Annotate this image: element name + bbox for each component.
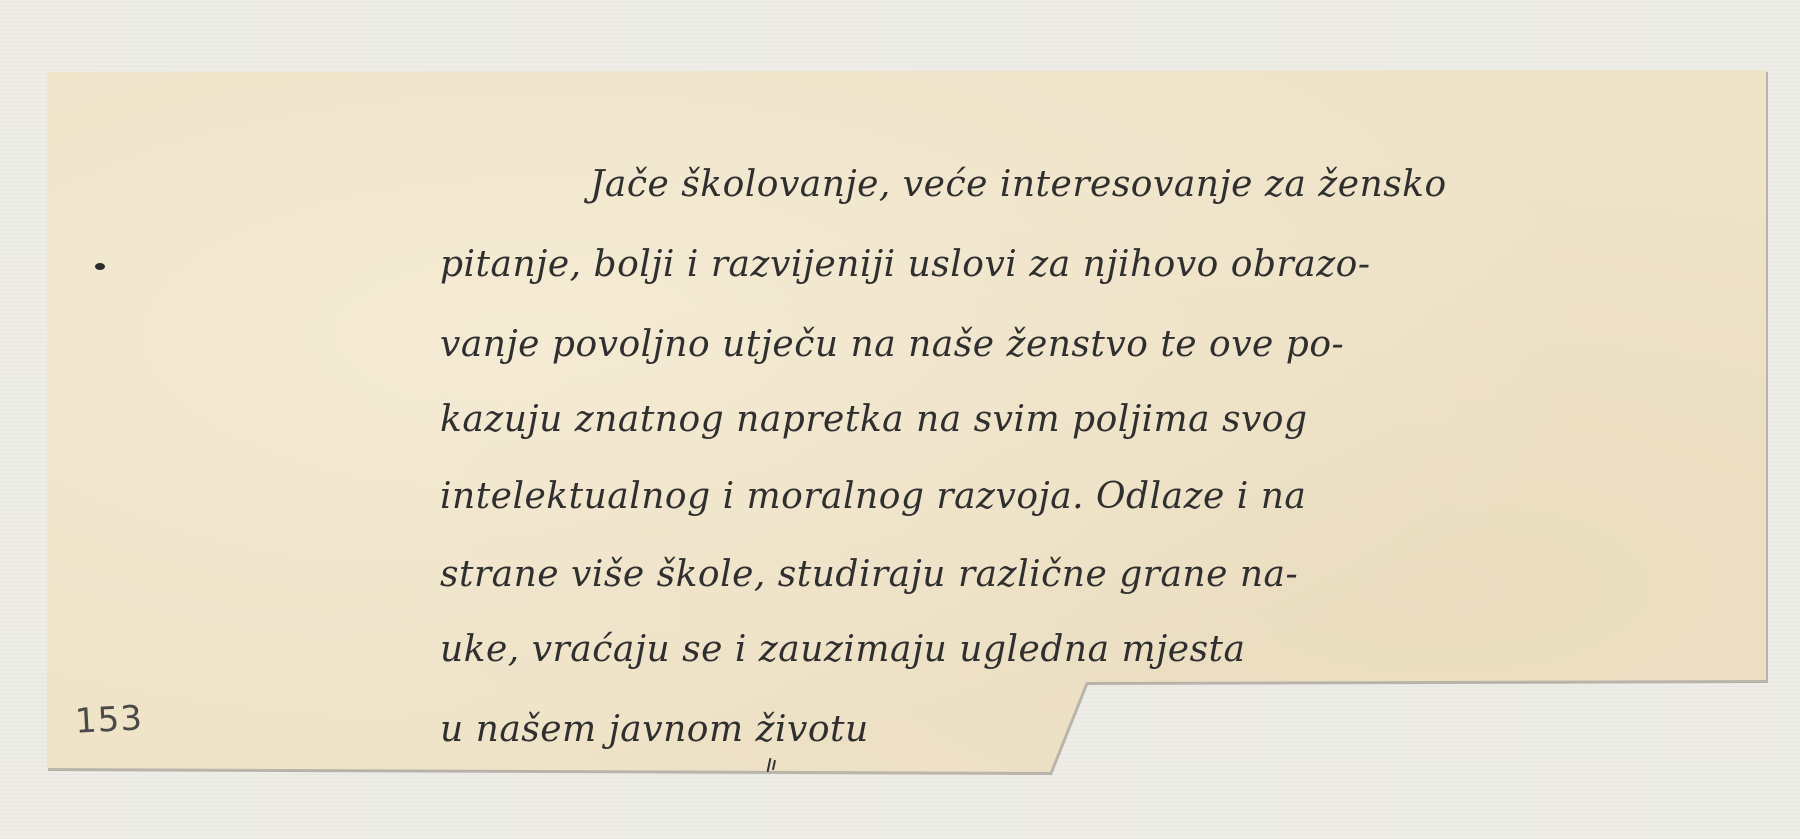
text-line-3: vanje povoljno utječu na naše ženstvo te… (440, 320, 1344, 370)
text-line-2: pitanje, bolji i razvijeniji uslovi za n… (440, 240, 1371, 290)
page-number: 153 (74, 698, 144, 741)
text-line-1: Jače školovanje, veće interesovanje za ž… (590, 160, 1447, 210)
text-line-8: u našem javnom životu (440, 705, 869, 755)
ink-dot-mark (95, 263, 105, 270)
text-line-6: strane više škole, studiraju različne gr… (440, 550, 1298, 600)
text-line-5: intelektualnog i moralnog razvoja. Odlaz… (440, 472, 1306, 522)
text-line-4: kazuju znatnog napretka na svim poljima … (440, 395, 1308, 445)
text-line-7: uke, vraćaju se i zauzimaju ugledna mjes… (440, 625, 1245, 675)
